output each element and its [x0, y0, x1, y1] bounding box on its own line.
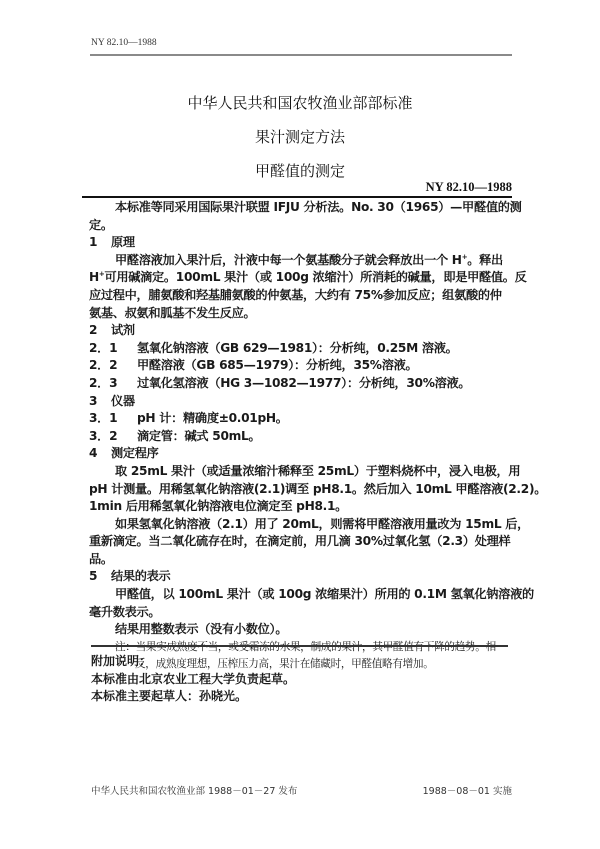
appendix-rule — [91, 645, 508, 647]
appendix: 附加说明： 本标准由北京农业工程大学负责起草。 本标准主要起草人：孙晓光。 — [91, 653, 295, 706]
section-heading-3: 3仪器 — [89, 393, 514, 411]
paragraph-line: 氨基、叔氨和胍基不发生反应。 — [89, 305, 514, 323]
paragraph-line: 应过程中，脯氨酸和羟基脯氨酸的仲氨基，大约有 75%参加反应；组氨酸的仲 — [89, 287, 514, 305]
section-number: 1 — [89, 234, 111, 252]
paragraph-line: 如果氢氧化钠溶液（2.1）用了 20mL，则需将甲醛溶液用量改为 15mL 后， — [89, 516, 514, 534]
preamble-line: 定。 — [89, 217, 514, 235]
effective-date: 1988－08－01 实施 — [423, 783, 512, 797]
title-rule — [82, 196, 512, 198]
section-title: 原理 — [111, 235, 135, 249]
list-item: 2．1氢氧化钠溶液（GB 629—1981）：分析纯，0.25M 溶液。 — [89, 340, 514, 358]
sub-title: 甲醛值的测定 — [0, 160, 600, 181]
list-item: 2．3过氧化氢溶液（HG 3—1082—1977）：分析纯，30%溶液。 — [89, 375, 514, 393]
list-item: 2．2甲醛溶液（GB 685—1979）：分析纯，35%溶液。 — [89, 357, 514, 375]
paragraph-line: 甲醛溶液加入果汁后，汁液中每一个氨基酸分子就会释放出一个 H+。释出 — [89, 252, 514, 270]
section-heading-1: 1原理 — [89, 234, 514, 252]
paragraph-line: 结果用整数表示（没有小数位）。 — [89, 621, 514, 639]
standard-code: NY 82.10—1988 — [426, 180, 512, 195]
section-heading-2: 2试剂 — [89, 322, 514, 340]
appendix-line: 本标准由北京农业工程大学负责起草。 — [91, 671, 295, 689]
paragraph-line: 品。 — [89, 551, 514, 569]
list-item: 3．2滴定管：碱式 50mL。 — [89, 428, 514, 446]
appendix-line: 本标准主要起草人：孙晓光。 — [91, 688, 295, 706]
section-heading-5: 5结果的表示 — [89, 568, 514, 586]
paragraph-line: H+可用碱滴定。100mL 果汁（或 100g 浓缩汁）所消耗的碱量，即是甲醛值… — [89, 269, 514, 287]
paragraph-line: pH 计测量。用稀氢氧化钠溶液(2.1)调至 pH8.1。然后加入 10mL 甲… — [89, 481, 514, 499]
main-title: 果汁测定方法 — [0, 126, 600, 147]
issuer-title: 中华人民共和国农牧渔业部部标准 — [0, 92, 600, 113]
paragraph-line: 取 25mL 果汁（或适量浓缩汁稀释至 25mL）于塑料烧杯中，浸入电极，用 — [89, 463, 514, 481]
issue-date: 中华人民共和国农牧渔业部 1988－01－27 发布 — [91, 783, 297, 797]
document-body: 本标准等同采用国际果汁联盟 IFJU 分析法。No. 30（1965）—甲醛值的… — [89, 199, 514, 674]
paragraph-line: 重新滴定。当二氧化硫存在时，在滴定前，用几滴 30%过氧化氢（2.3）处理样 — [89, 533, 514, 551]
running-head: NY 82.10—1988 — [91, 38, 157, 48]
list-item: 3．1pH 计：精确度±0.01pH。 — [89, 410, 514, 428]
section-heading-4: 4测定程序 — [89, 445, 514, 463]
preamble-line: 本标准等同采用国际果汁联盟 IFJU 分析法。No. 30（1965）—甲醛值的… — [89, 199, 514, 217]
paragraph-line: 1min 后用稀氢氧化钠溶液电位滴定至 pH8.1。 — [89, 498, 514, 516]
appendix-heading: 附加说明： — [91, 653, 295, 671]
header-rule — [90, 54, 512, 56]
paragraph-line: 甲醛值，以 100mL 果汁（或 100g 浓缩果汁）所用的 0.1M 氢氧化钠… — [89, 586, 514, 604]
paragraph-line: 毫升数表示。 — [89, 604, 514, 622]
